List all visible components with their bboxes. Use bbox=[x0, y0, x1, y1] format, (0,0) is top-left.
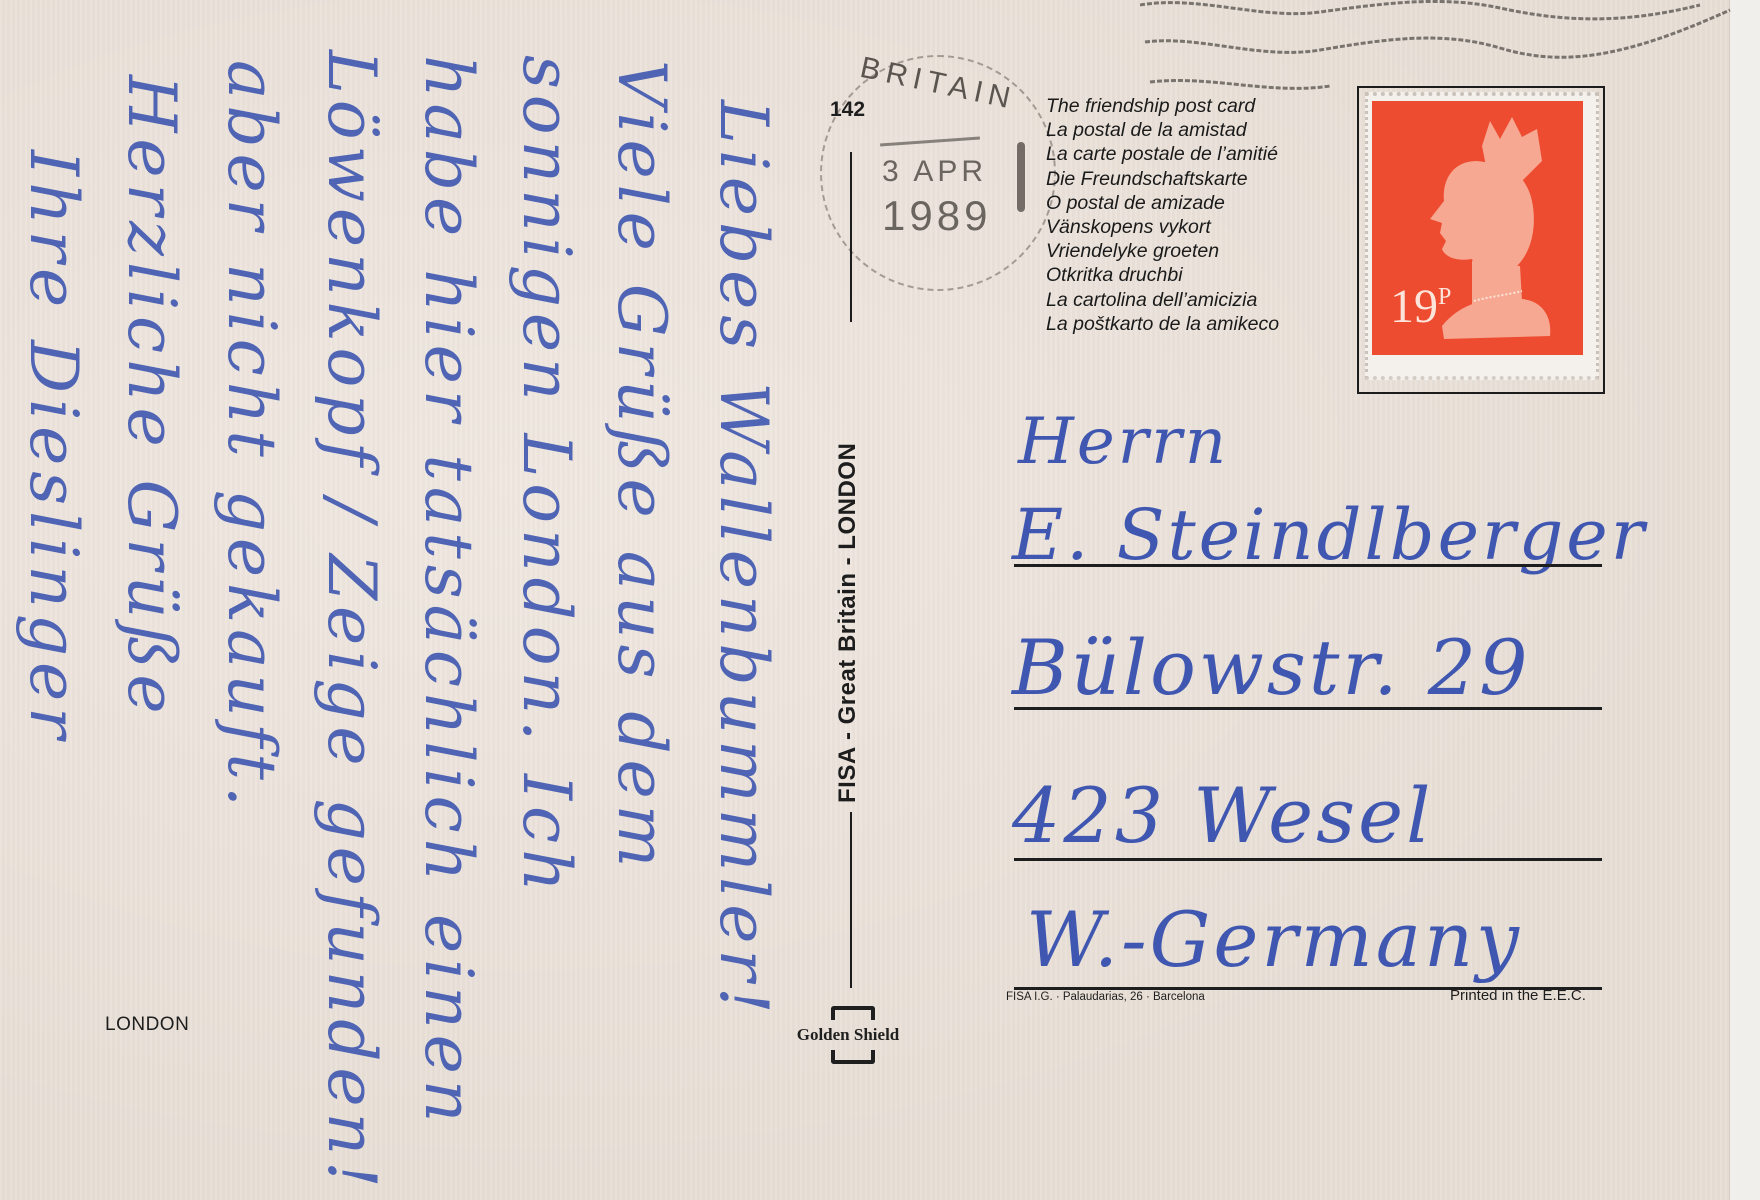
shield-icon bbox=[831, 1006, 875, 1020]
stamp-value: 19P bbox=[1390, 283, 1451, 331]
message-line: Viele Grüße aus dem bbox=[603, 60, 680, 873]
friendship-line: The friendship post card bbox=[1046, 94, 1279, 118]
center-divider bbox=[850, 152, 852, 322]
address-country: W.-Germany bbox=[1026, 902, 1522, 978]
center-divider bbox=[850, 812, 852, 988]
message-line: aber nicht gekauft. bbox=[213, 60, 290, 813]
shield-icon bbox=[831, 1050, 875, 1064]
friendship-text: The friendship post card La postal de la… bbox=[1046, 94, 1279, 336]
postmark-date: 3 APR bbox=[882, 157, 1022, 187]
friendship-line: La postal de la amistad bbox=[1046, 118, 1279, 142]
message-line: Löwenkopf / Zeige gefunden! bbox=[313, 50, 390, 1194]
address-city: 423 Wesel bbox=[1012, 778, 1433, 854]
printed-in: Printed in the E.E.C. bbox=[1450, 987, 1586, 1004]
cancellation-lines bbox=[1140, 0, 1740, 95]
message-line: Liebes Wallenbummler! bbox=[705, 100, 782, 1020]
friendship-line: Vänskopens vykort bbox=[1046, 215, 1279, 239]
address-rule bbox=[1014, 858, 1602, 861]
postcard-back: Liebes Wallenbummler! Viele Grüße aus de… bbox=[0, 0, 1730, 1200]
friendship-line: Die Freundschaftskarte bbox=[1046, 167, 1279, 191]
friendship-line: Otkritka druchbi bbox=[1046, 263, 1279, 287]
postmark-year: 1989 bbox=[882, 195, 1022, 237]
logo-text: Golden Shield bbox=[786, 1025, 910, 1045]
address-salutation: Herrn bbox=[1018, 410, 1229, 474]
postmark-arc bbox=[1017, 142, 1025, 212]
golden-shield-logo: Golden Shield bbox=[786, 1004, 910, 1064]
friendship-line: La carte postale de l’amitié bbox=[1046, 142, 1279, 166]
friendship-line: O postal de amizade bbox=[1046, 191, 1279, 215]
address-name: E. Steindlberger bbox=[1012, 500, 1647, 570]
card-caption: LONDON bbox=[105, 1014, 189, 1036]
vertical-imprint: FISA - Great Britain - LONDON bbox=[834, 443, 862, 803]
message-line: Ihre Dieslinger bbox=[15, 150, 92, 745]
postage-stamp: 19P bbox=[1372, 101, 1583, 355]
card-number: 142 bbox=[830, 98, 865, 122]
publisher-address: FISA I.G. · Palaudarias, 26 · Barcelona bbox=[1006, 991, 1205, 1003]
friendship-line: Vriendelyke groeten bbox=[1046, 239, 1279, 263]
friendship-line: La cartolina dell’amicizia bbox=[1046, 288, 1279, 312]
friendship-line: La poštkarto de la amikeco bbox=[1046, 312, 1279, 336]
postmark-bar bbox=[880, 137, 980, 147]
message-line: Herzliche Grüße bbox=[113, 75, 190, 720]
address-street: Bülowstr. 29 bbox=[1012, 630, 1530, 706]
message-line: habe hier tatsächlich einen bbox=[410, 55, 487, 1128]
address-rule bbox=[1014, 707, 1602, 710]
postmark: BRITAIN 3 APR 1989 bbox=[820, 55, 1056, 291]
address-rule bbox=[1014, 564, 1602, 567]
message-line: sonnigen London. Ich bbox=[508, 55, 585, 898]
